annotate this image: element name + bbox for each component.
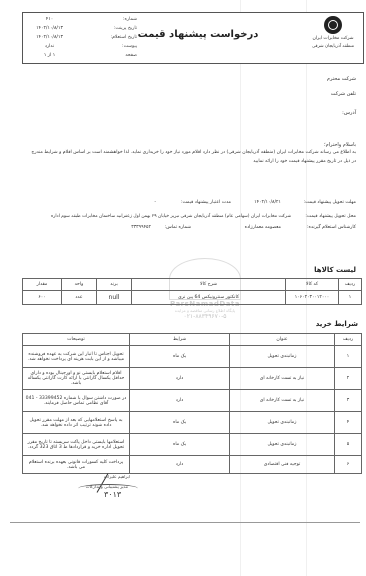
signature-code: ۳۰۱۳	[104, 490, 121, 499]
signer-role: مدیر پشتیبانی و تدارکات	[86, 484, 128, 489]
col-qty: مقدار	[23, 279, 62, 291]
terms-section-title: شرایط خرید	[278, 320, 358, 328]
col-row: ردیف	[339, 279, 362, 291]
contact-value: ۳۳۳۹۹۴۵۲	[111, 224, 151, 231]
cell-row: ۴	[335, 412, 362, 434]
document-page: شماره:۴۱۰ تاریخ پرینت:۱۴۰۲/۱۰/۸/۱۳ تاریخ…	[0, 0, 366, 576]
cell-note: در صورت داشتن سوال با شماره 33399452 - 0…	[23, 390, 130, 412]
cell-condition: دارد	[130, 368, 230, 390]
cell-condition: یک ماه	[130, 346, 230, 368]
meta-value: ۴۱۰	[27, 15, 72, 24]
cell-unit: عدد	[62, 291, 97, 305]
col-unit: واحد	[62, 279, 97, 291]
deadline-label: مهلت تحویل پیشنهاد قیمت:	[286, 199, 356, 206]
table-row: ۱ زمانبندی تحویل یک ماه تحویل اجناس تا ا…	[23, 346, 362, 368]
watermark-phone: ۰۲۱-۸۸۳۴۹۶۷۰-۵	[150, 313, 260, 320]
cell-note: تحویل اجناس تا انبار این شرکت به عهده فر…	[23, 346, 130, 368]
cell-title: زمانبندی تحویل	[230, 434, 335, 456]
col-notes: توضیحات	[23, 334, 130, 346]
cell-description: کانکتور سنترونیکس 64 پین نری	[132, 291, 286, 305]
cell-title: زمانبندی تحویل	[230, 346, 335, 368]
cell-condition: دارد	[130, 390, 230, 412]
intro-line-2: در ذیل در تاریخ مقرر پیشنهاد قیمت خود را…	[16, 158, 356, 165]
meta-value: ۱۴۰۲/۱۰/۸/۱۳	[27, 33, 72, 42]
cell-row: ۱	[335, 346, 362, 368]
cell-brand: null	[97, 291, 132, 305]
col-description: شرح کالا	[132, 279, 286, 291]
col-code: کد کالا	[286, 279, 339, 291]
cell-row: ۵	[335, 434, 362, 456]
validity-label: مدت اعتبار پیشنهاد قیمت:	[161, 199, 231, 206]
meta-value: ۱۴۰۲/۱۰/۸/۱۳	[27, 24, 72, 33]
cell-code: ۱۰۶۰۲۰۳۰۰۱۲۰۰۰	[286, 291, 339, 305]
document-header: شماره:۴۱۰ تاریخ پرینت:۱۴۰۲/۱۰/۸/۱۳ تاریخ…	[22, 12, 364, 64]
cell-title: نیاز به تست کارخانه ای	[230, 390, 335, 412]
cell-condition: یک ماه	[130, 412, 230, 434]
recipient-phone-label: تلفن شرکت	[276, 91, 356, 98]
logo-region-name: منطقه آذربایجان شرقی	[311, 44, 355, 49]
col-brand: برند	[97, 279, 132, 291]
cell-row: ۱	[339, 291, 362, 305]
logo-company-name: شرکت مخابرات ایران	[311, 36, 355, 41]
cell-title: زمانبندی تحویل	[230, 412, 335, 434]
goods-table-header: ردیف کد کالا شرح کالا برند واحد مقدار	[23, 279, 362, 291]
cell-note: به پاسخ استعلامهایی که بعد از مهلت مقرر …	[23, 412, 130, 434]
delivery-place-value: شرکت مخابرات ایران (سهامی عام) منطقه آذر…	[31, 213, 291, 220]
meta-value: ندارد	[27, 42, 72, 51]
recipient-address-label: آدرس:	[276, 110, 356, 117]
col-row: ردیف	[335, 334, 362, 346]
validity-value: -	[136, 199, 156, 206]
cell-qty: ۶۰۰	[23, 291, 62, 305]
signature-block: ابراهیم علیزاده مدیر پشتیبانی و تدارکات …	[58, 472, 138, 512]
col-title: عنوان	[230, 334, 335, 346]
cell-title: توجیه فنی اقتصادی	[230, 456, 335, 474]
header-meta: شماره:۴۱۰ تاریخ پرینت:۱۴۰۲/۱۰/۸/۱۳ تاریخ…	[27, 15, 137, 60]
cell-title: نیاز به تست کارخانه ای	[230, 368, 335, 390]
cell-row: ۳	[335, 390, 362, 412]
deadline-value: ۱۴۰۲/۱۰/۸/۲۱	[241, 199, 281, 206]
terms-table-header: ردیف عنوان شرایط توضیحات	[23, 334, 362, 346]
meta-value: ۱ از ۱	[27, 51, 72, 60]
goods-section-title: لیست کالاها	[276, 266, 356, 274]
cell-condition: یک ماه	[130, 434, 230, 456]
recipient-company-label: شرکت محترم	[276, 76, 356, 83]
intro-greeting: باسلام واحترام؛	[16, 142, 356, 149]
table-row: ۴ زمانبندی تحویل یک ماه به پاسخ استعلامه…	[23, 412, 362, 434]
contact-label: شماره تماس:	[151, 224, 191, 231]
cell-row: ۶	[335, 456, 362, 474]
intro-line-1: به اطلاع می رساند شرکت مخابرات ایران (من…	[11, 149, 356, 156]
cell-note: پرداخت کلیه کسورات قانونی بعهده برنده اس…	[23, 456, 130, 474]
telecom-logo-icon	[324, 16, 342, 34]
cell-condition: دارد	[130, 456, 230, 474]
terms-table: ردیف عنوان شرایط توضیحات ۱ زمانبندی تحوی…	[22, 333, 362, 474]
cell-note: اقلام استعلام بایستی نو و اورجینال بوده …	[23, 368, 130, 390]
signer-name: ابراهیم علیزاده	[104, 474, 130, 479]
expert-label: کارشناس استعلام گیرنده:	[286, 224, 356, 231]
delivery-place-label: محل تحویل پیشنهاد قیمت:	[286, 213, 356, 220]
table-row: ۳ نیاز به تست کارخانه ای دارد در صورت دا…	[23, 390, 362, 412]
cell-note: استعلامها بایستی داخل پاکت سربسته تا تار…	[23, 434, 130, 456]
col-condition: شرایط	[130, 334, 230, 346]
meta-label: پیوست:	[82, 42, 137, 51]
table-row: ۵ زمانبندی تحویل یک ماه استعلامها بایستی…	[23, 434, 362, 456]
table-row: ۶ توجیه فنی اقتصادی دارد پرداخت کلیه کسو…	[23, 456, 362, 474]
expert-value: معصومه معمارزاده	[221, 224, 281, 231]
meta-label: شماره:	[82, 15, 137, 24]
company-logo: شرکت مخابرات ایران منطقه آذربایجان شرقی	[311, 16, 355, 49]
goods-table: ردیف کد کالا شرح کالا برند واحد مقدار ۱ …	[22, 278, 362, 305]
table-row: ۲ نیاز به تست کارخانه ای دارد اقلام استع…	[23, 368, 362, 390]
table-row: ۱ ۱۰۶۰۲۰۳۰۰۱۲۰۰۰ کانکتور سنترونیکس 64 پی…	[23, 291, 362, 305]
document-title: درخواست پیشنهاد قیمت	[123, 29, 273, 40]
footer-divider	[10, 522, 360, 523]
cell-row: ۲	[335, 368, 362, 390]
meta-label: صفحه	[82, 51, 137, 60]
